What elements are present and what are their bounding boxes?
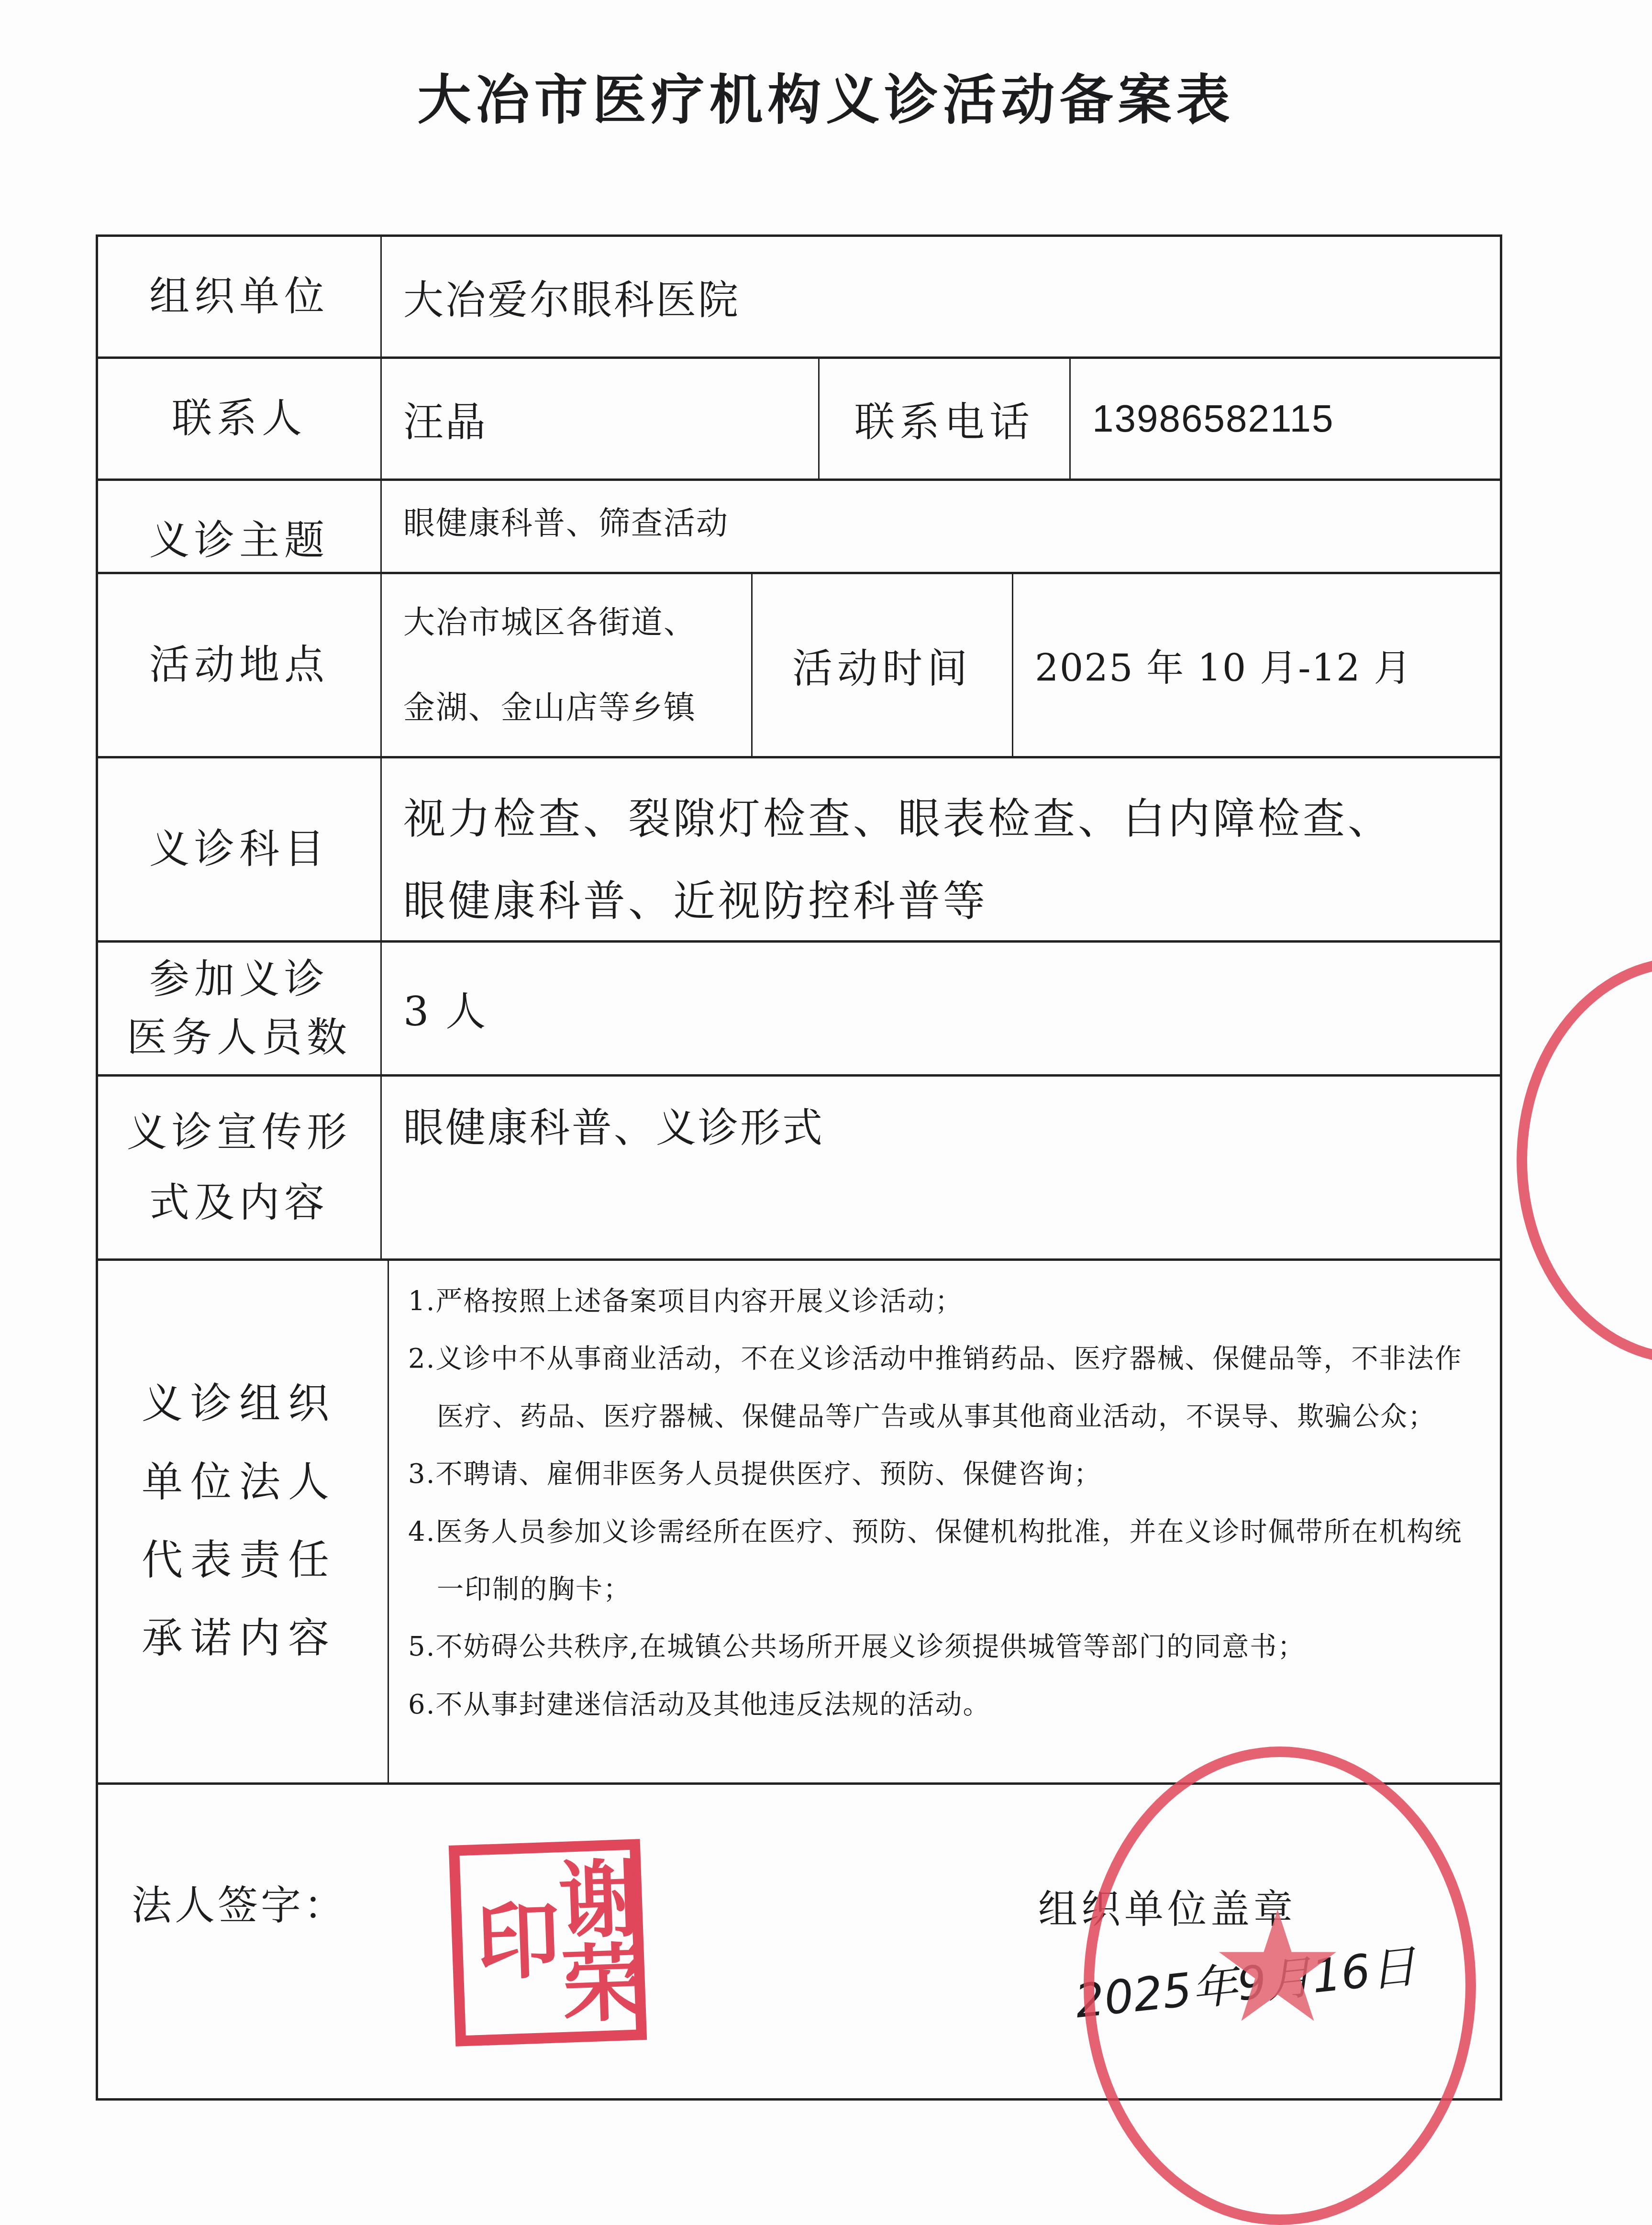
value-subjects: 视力检查、裂隙灯检查、眼表检查、白内障检查、 眼健康科普、近视防控科普等 bbox=[380, 758, 1500, 940]
commitments-list: 1.严格按照上述备案项目内容开展义诊活动； 2.义诊中不从事商业活动，不在义诊活… bbox=[388, 1261, 1500, 1782]
commit-label-line-3: 代表责任 bbox=[142, 1522, 337, 1600]
commit-label-line-4: 承诺内容 bbox=[142, 1600, 337, 1678]
label-subjects: 义诊科目 bbox=[98, 758, 380, 940]
label-time: 活动时间 bbox=[751, 574, 1012, 756]
label-theme: 义诊主题 bbox=[98, 481, 380, 572]
value-staff-count: 3 人 bbox=[380, 943, 1500, 1074]
personal-seal-name: 谢荣 bbox=[551, 1855, 640, 2025]
organization-seal-stamp: ★ bbox=[1084, 1747, 1476, 2225]
value-contact: 汪晶 bbox=[380, 359, 818, 478]
label-publicity: 义诊宣传形 式及内容 bbox=[98, 1077, 380, 1258]
value-location: 大冶市城区各街道、 金湖、金山店等乡镇 bbox=[380, 574, 751, 756]
label-org-unit: 组织单位 bbox=[98, 237, 380, 356]
commitment-item-5: 5.不妨碍公共秩序,在城镇公共场所开展义诊须提供城管等部门的同意书； bbox=[408, 1618, 1305, 1676]
location-line-2: 金湖、金山店等乡镇 bbox=[403, 665, 696, 750]
commitment-item-2: 2.义诊中不从事商业活动，不在义诊活动中推销药品、医疗器械、保健品等，不非法作医… bbox=[408, 1330, 1481, 1446]
row-location: 活动地点 大冶市城区各街道、 金湖、金山店等乡镇 活动时间 2025 年 10 … bbox=[98, 572, 1500, 756]
value-phone: 13986582115 bbox=[1069, 359, 1500, 478]
seal-star-icon: ★ bbox=[1209, 1891, 1346, 2044]
location-line-1: 大冶市城区各街道、 bbox=[403, 580, 696, 665]
commitment-item-1: 1.严格按照上述备案项目内容开展义诊活动； bbox=[408, 1273, 963, 1330]
label-phone: 联系电话 bbox=[818, 359, 1069, 478]
label-commitments: 义诊组织 单位法人 代表责任 承诺内容 bbox=[98, 1261, 380, 1782]
subjects-line-1: 视力检查、裂隙灯检查、眼表检查、白内障检查、 bbox=[403, 778, 1393, 860]
commit-label-line-1: 义诊组织 bbox=[142, 1365, 337, 1443]
row-subjects: 义诊科目 视力检查、裂隙灯检查、眼表检查、白内障检查、 眼健康科普、近视防控科普… bbox=[98, 756, 1500, 940]
label-location: 活动地点 bbox=[98, 574, 380, 756]
publicity-label-line-2: 式及内容 bbox=[149, 1168, 329, 1238]
commit-label-line-2: 单位法人 bbox=[142, 1444, 337, 1522]
staff-label-line-1: 参加义诊 bbox=[149, 950, 329, 1009]
page-title: 大冶市医疗机构义诊活动备案表 bbox=[0, 57, 1652, 134]
value-publicity: 眼健康科普、义诊形式 bbox=[380, 1077, 1500, 1258]
commitment-item-4: 4.医务人员参加义诊需经所在医疗、预防、保健机构批准，并在义诊时佩带所在机构统一… bbox=[408, 1503, 1481, 1619]
commitment-item-6: 6.不从事封建迷信活动及其他违反法规的活动。 bbox=[408, 1676, 990, 1734]
value-org-unit: 大冶爱尔眼科医院 bbox=[380, 237, 1500, 356]
label-contact: 联系人 bbox=[98, 359, 380, 478]
row-commitments: 义诊组织 单位法人 代表责任 承诺内容 1.严格按照上述备案项目内容开展义诊活动… bbox=[98, 1258, 1500, 1782]
staff-label-line-2: 医务人员数 bbox=[127, 1009, 352, 1067]
row-contact: 联系人 汪晶 联系电话 13986582115 bbox=[98, 356, 1500, 478]
row-publicity: 义诊宣传形 式及内容 眼健康科普、义诊形式 bbox=[98, 1074, 1500, 1258]
subjects-line-2: 眼健康科普、近视防控科普等 bbox=[403, 860, 988, 942]
value-theme: 眼健康科普、筛查活动 bbox=[380, 481, 1500, 572]
value-time: 2025 年 10 月-12 月 bbox=[1012, 574, 1500, 756]
label-staff-count: 参加义诊 医务人员数 bbox=[98, 943, 380, 1074]
commitment-item-3: 3.不聘请、雇佣非医务人员提供医疗、预防、保健咨询； bbox=[408, 1446, 1101, 1503]
row-org-unit: 组织单位 大冶爱尔眼科医院 bbox=[98, 237, 1500, 356]
legal-signature-label: 法人签字： bbox=[132, 1873, 347, 1931]
personal-seal-yin: 印 bbox=[468, 1896, 555, 1982]
personal-seal-stamp: 谢荣 印 bbox=[449, 1839, 647, 2047]
row-theme: 义诊主题 眼健康科普、筛查活动 bbox=[98, 478, 1500, 572]
row-staff-count: 参加义诊 医务人员数 3 人 bbox=[98, 940, 1500, 1074]
overlap-seal-stamp bbox=[1517, 957, 1652, 1364]
publicity-label-line-1: 义诊宣传形 bbox=[127, 1097, 352, 1168]
